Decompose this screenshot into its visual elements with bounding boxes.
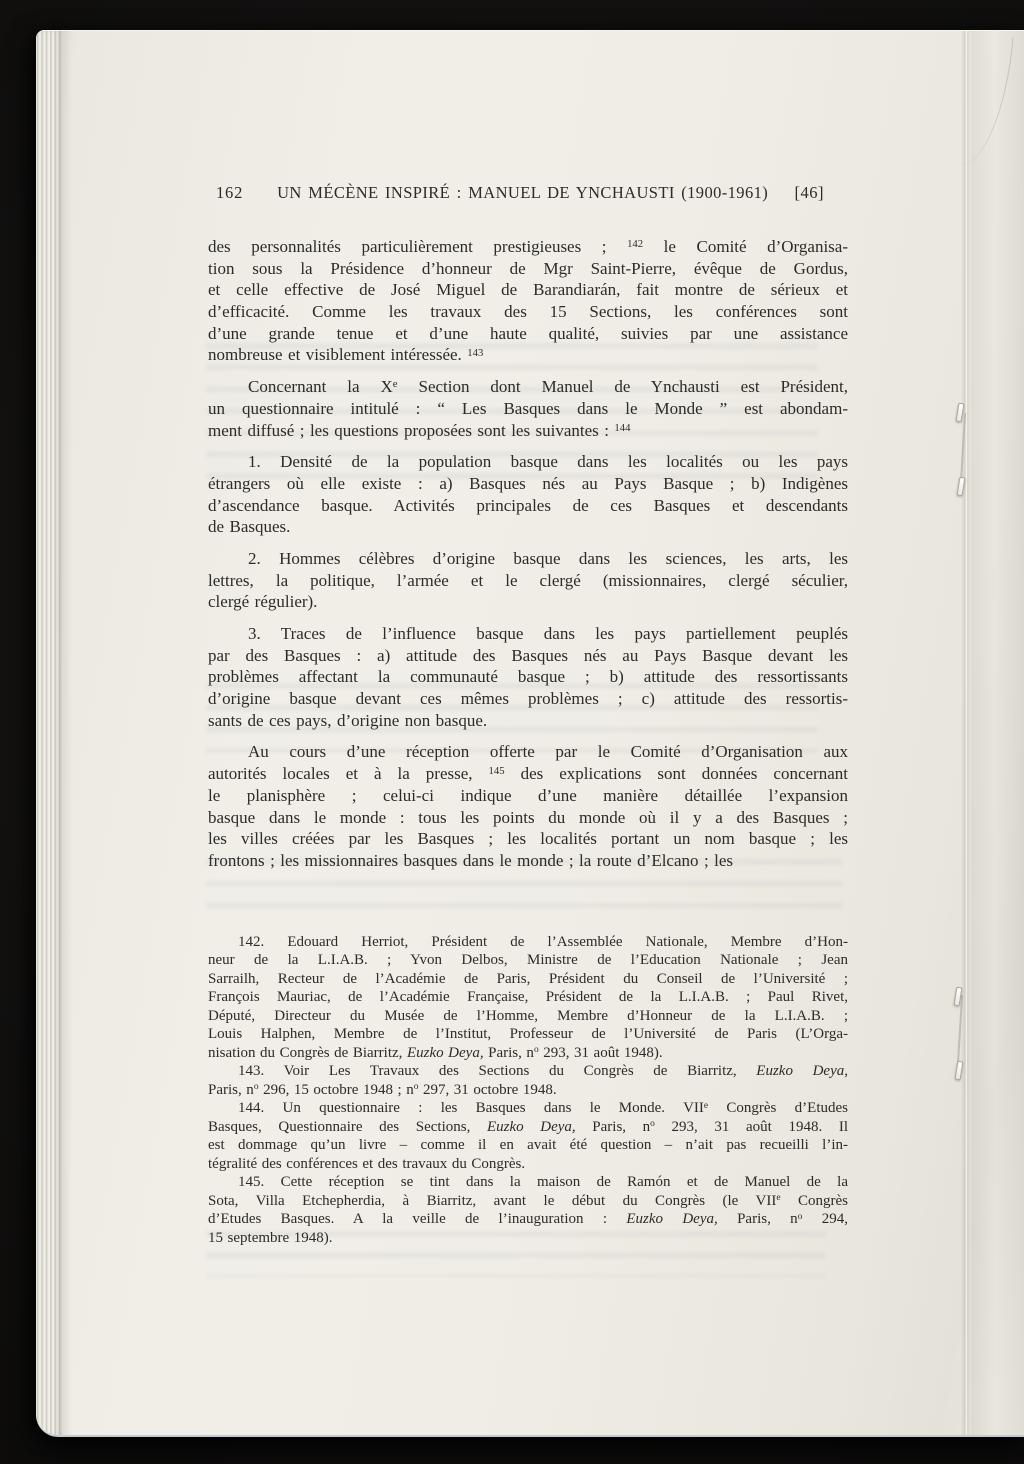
text-line: Député, Directeur du Musée de l’Homme, M… bbox=[208, 1007, 848, 1026]
text-line: d’efficacité. Comme les travaux des 15 S… bbox=[208, 301, 848, 323]
text-line: le planisphère ; celui-ci indique d’une … bbox=[208, 785, 848, 807]
page-number: 162 bbox=[216, 183, 277, 203]
paragraph: 3. Traces de l’influence basque dans les… bbox=[208, 623, 848, 731]
footnotes: 142. Edouard Herriot, Président de l’Ass… bbox=[208, 933, 848, 1248]
text-line: d’Etudes Basques. A la veille de l’inaug… bbox=[208, 1210, 848, 1229]
paragraph: Au cours d’une réception offerte par le … bbox=[208, 741, 848, 871]
text-line: Paris, no 296, 15 octobre 1948 ; no 297,… bbox=[208, 1081, 848, 1100]
running-header: 162 UN MÉCÈNE INSPIRÉ : MANUEL DE YNCHAU… bbox=[208, 183, 848, 203]
text-line: les villes créées par les Basques ; les … bbox=[208, 828, 848, 850]
text-line: Concernant la Xe Section dont Manuel de … bbox=[208, 376, 848, 398]
text-line: Sota, Villa Etchepherdia, à Biarritz, av… bbox=[208, 1192, 848, 1211]
text-line: ment diffusé ; les questions proposées s… bbox=[208, 420, 848, 442]
text-line: Basques, Questionnaire des Sections, Euz… bbox=[208, 1118, 848, 1137]
text-line: tion sous la Présidence d’honneur de Mgr… bbox=[208, 258, 848, 280]
paragraph: des personnalités particulièrement prest… bbox=[208, 236, 848, 366]
text-line: lettres, la politique, l’armée et le cle… bbox=[208, 570, 848, 592]
text-line: est dommage qu’un livre – comme il en av… bbox=[208, 1136, 848, 1155]
text-line: sants de ces pays, d’origine non basque. bbox=[208, 710, 848, 732]
text-line: Louis Halphen, Membre de l’Institut, Pro… bbox=[208, 1025, 848, 1044]
footnote: 144. Un questionnaire : les Basques dans… bbox=[208, 1099, 848, 1173]
text-line: 145. Cette réception se tint dans la mai… bbox=[208, 1173, 848, 1192]
running-title: UN MÉCÈNE INSPIRÉ : MANUEL DE YNCHAUSTI … bbox=[277, 183, 768, 203]
photo-background: 162 UN MÉCÈNE INSPIRÉ : MANUEL DE YNCHAU… bbox=[0, 0, 1024, 1464]
facing-page-shading bbox=[971, 31, 1024, 1435]
book-page: 162 UN MÉCÈNE INSPIRÉ : MANUEL DE YNCHAU… bbox=[36, 30, 1024, 1437]
text-line: Au cours d’une réception offerte par le … bbox=[208, 741, 848, 763]
text-line: de Basques. bbox=[208, 516, 848, 538]
text-line: frontons ; les missionnaires basques dan… bbox=[208, 850, 848, 872]
paragraph: 2. Hommes célèbres d’origine basque dans… bbox=[208, 548, 848, 613]
text-line: François Mauriac, de l’Académie Français… bbox=[208, 988, 848, 1007]
text-line: des personnalités particulièrement prest… bbox=[208, 236, 848, 258]
binding-crease bbox=[961, 31, 971, 1435]
text-line: autorités locales et à la presse, 145 de… bbox=[208, 763, 848, 785]
footnote: 145. Cette réception se tint dans la mai… bbox=[208, 1173, 848, 1247]
text-line: 15 septembre 1948). bbox=[208, 1229, 848, 1248]
text-line: neur de la L.I.A.B. ; Yvon Delbos, Minis… bbox=[208, 951, 848, 970]
text-line: 142. Edouard Herriot, Président de l’Ass… bbox=[208, 933, 848, 952]
page-stack-edges bbox=[36, 31, 62, 1435]
paragraph: 1. Densité de la population basque dans … bbox=[208, 451, 848, 538]
footnote: 142. Edouard Herriot, Président de l’Ass… bbox=[208, 933, 848, 1063]
text-line: nisation du Congrès de Biarritz, Euzko D… bbox=[208, 1044, 848, 1063]
text-line: nombreuse et visiblement intéressée. 143 bbox=[208, 344, 848, 366]
text-line: d’ascendance basque. Activités principal… bbox=[208, 495, 848, 517]
text-line: Sarrailh, Recteur de l’Académie de Paris… bbox=[208, 970, 848, 989]
text-line: 144. Un questionnaire : les Basques dans… bbox=[208, 1099, 848, 1118]
paragraph: Concernant la Xe Section dont Manuel de … bbox=[208, 376, 848, 441]
text-line: d’une grande tenue et d’une haute qualit… bbox=[208, 323, 848, 345]
body-text: des personnalités particulièrement prest… bbox=[208, 236, 848, 872]
text-line: un questionnaire intitulé : “ Les Basque… bbox=[208, 398, 848, 420]
text-line: 2. Hommes célèbres d’origine basque dans… bbox=[208, 548, 848, 570]
page-content: 162 UN MÉCÈNE INSPIRÉ : MANUEL DE YNCHAU… bbox=[208, 183, 848, 1247]
text-line: problèmes affectant la communauté basque… bbox=[208, 666, 848, 688]
text-line: clergé régulier). bbox=[208, 591, 848, 613]
text-line: et celle effective de José Miguel de Bar… bbox=[208, 279, 848, 301]
text-line: d’origine basque devant ces mêmes problè… bbox=[208, 688, 848, 710]
column-reference: [46] bbox=[768, 183, 848, 203]
text-line: 143. Voir Les Travaux des Sections du Co… bbox=[208, 1062, 848, 1081]
text-line: 3. Traces de l’influence basque dans les… bbox=[208, 623, 848, 645]
text-line: par des Basques : a) attitude des Basque… bbox=[208, 645, 848, 667]
text-line: étrangers où elle existe : a) Basques né… bbox=[208, 473, 848, 495]
text-line: basque dans le monde : tous les points d… bbox=[208, 807, 848, 829]
text-line: tégralité des conférences et des travaux… bbox=[208, 1155, 848, 1174]
text-line: 1. Densité de la population basque dans … bbox=[208, 451, 848, 473]
footnote: 143. Voir Les Travaux des Sections du Co… bbox=[208, 1062, 848, 1099]
